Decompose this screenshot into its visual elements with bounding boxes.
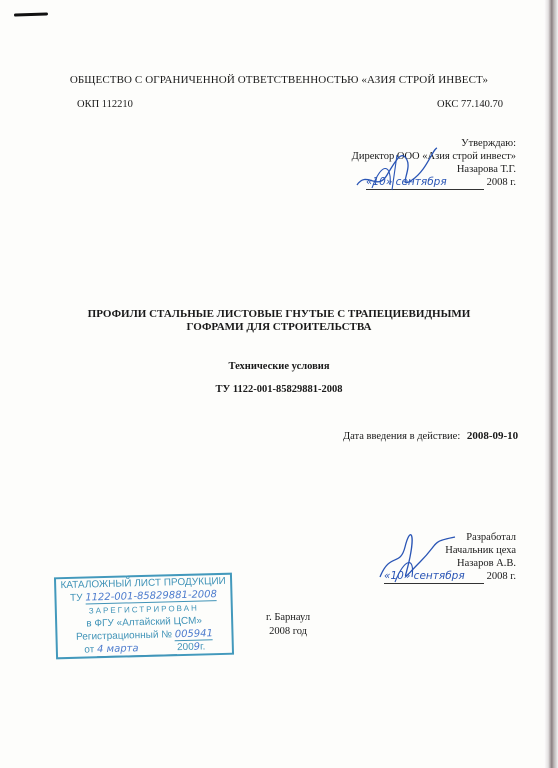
stamp-year-prefix: 200 [177, 642, 194, 653]
stamp-reg-number: 005941 [175, 628, 213, 641]
title-line-2: ГОФРАМИ ДЛЯ СТРОИТЕЛЬСТВА [0, 321, 558, 334]
intro-date-line: Дата введения в действие: 2008-09-10 [343, 430, 518, 442]
document-title: ПРОФИЛИ СТАЛЬНЫЕ ЛИСТОВЫЕ ГНУТЫЕ С ТРАПЕ… [0, 308, 558, 334]
year: 2008 год [266, 625, 310, 639]
document-subtitle: Технические условия [0, 361, 558, 372]
developer-signature [370, 527, 460, 587]
registration-stamp: КАТАЛОЖНЫЙ ЛИСТ ПРОДУКЦИИ ТУ 1122-001-85… [54, 573, 234, 660]
organization-name: ОБЩЕСТВО С ОГРАНИЧЕННОЙ ОТВЕТСТВЕННОСТЬЮ… [0, 74, 558, 86]
city: г. Барнаул [266, 611, 310, 625]
oks-code: ОКС 77.140.70 [437, 99, 503, 110]
stamp-year-suffix: г. [200, 641, 206, 652]
director-signature [352, 140, 442, 195]
intro-label: Дата введения в действие: [343, 431, 460, 442]
stamp-tu-prefix: ТУ [70, 593, 83, 604]
approval-year: 2008 г. [487, 177, 516, 188]
developer-year: 2008 г. [487, 571, 516, 582]
stamp-from-label: от [84, 644, 94, 655]
title-line-1: ПРОФИЛИ СТАЛЬНЫЕ ЛИСТОВЫЕ ГНУТЫЕ С ТРАПЕ… [0, 308, 558, 321]
intro-date: 2008-09-10 [467, 430, 518, 442]
tu-number: ТУ 1122-001-85829881-2008 [0, 384, 558, 395]
okp-code: ОКП 112210 [77, 99, 133, 110]
stamp-from-date: 4 марта [97, 641, 177, 657]
city-year-block: г. Барнаул 2008 год [266, 611, 310, 639]
pen-mark [14, 12, 48, 16]
